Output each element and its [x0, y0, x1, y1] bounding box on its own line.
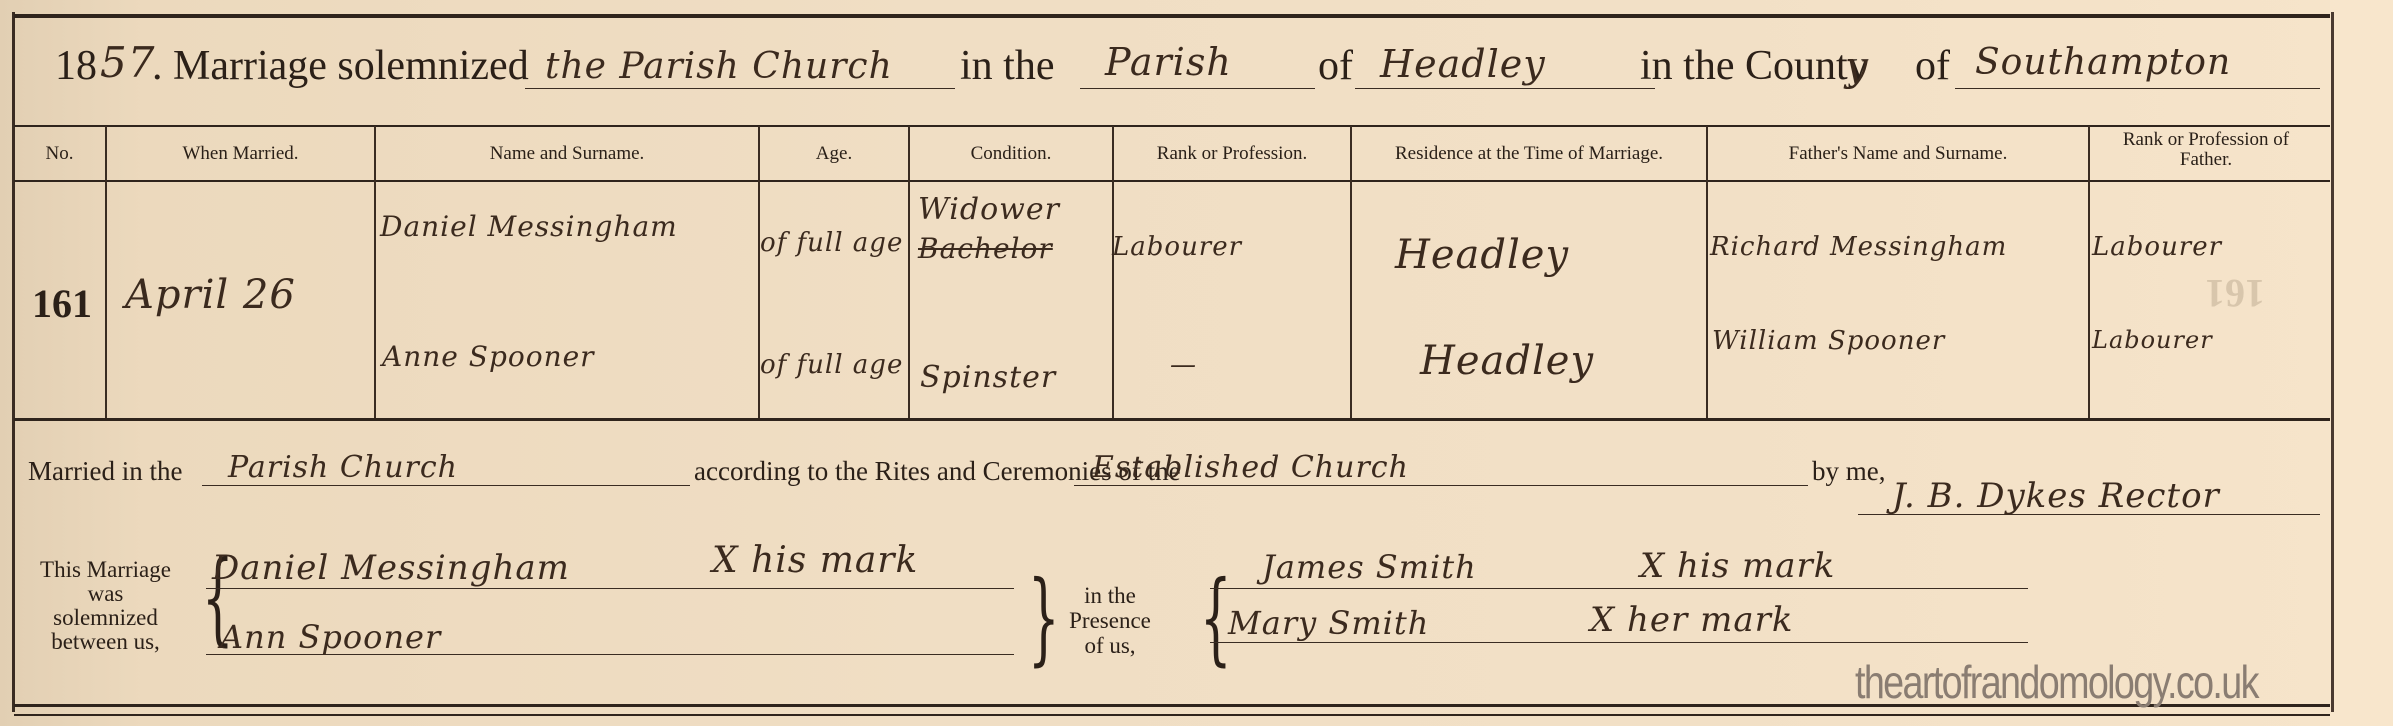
- rites-value: Established Church: [1092, 450, 1409, 485]
- bride-father-profession: Labourer: [2092, 326, 2213, 354]
- bride-condition: Spinster: [920, 360, 1056, 395]
- footer-double-rule: [14, 714, 2330, 716]
- col-header-father-name: Father's Name and Surname.: [1708, 144, 2088, 164]
- top-rule: [14, 14, 2330, 18]
- officiant-signature: J. B. Dykes Rector: [1892, 476, 2220, 516]
- county-mark: y: [1845, 44, 1869, 90]
- witness-2-signature: Mary Smith: [1228, 604, 1429, 642]
- watermark: theartofrandomology.co.uk: [1855, 655, 2258, 709]
- col-rule: [908, 126, 910, 418]
- col-header-age: Age.: [760, 144, 908, 164]
- label-in-the: in the: [960, 42, 1054, 90]
- place-value: the Parish Church: [545, 46, 893, 87]
- witness-brace: {: [1200, 568, 1232, 668]
- page-margin: [2330, 0, 2393, 726]
- witness-1-signature: James Smith: [1262, 548, 1477, 586]
- col-header-father-rank: Rank or Profession of Father.: [2096, 130, 2316, 170]
- col-header-condition: Condition.: [910, 144, 1112, 164]
- label-of: of: [1318, 42, 1353, 90]
- when-married: April 26: [125, 272, 296, 318]
- header-bottom-rule: [14, 180, 2330, 182]
- col-rule: [2088, 126, 2090, 418]
- col-header-when-married: When Married.: [107, 144, 374, 164]
- table-bottom-rule: [14, 418, 2330, 421]
- label-marriage-solemnized: . Marriage solemnized: [152, 42, 529, 90]
- label-married-in: Married in the: [28, 456, 182, 487]
- witness-1-mark: X his mark: [1640, 546, 1835, 586]
- label-in-presence: in the Presence of us,: [1055, 583, 1165, 658]
- label-by-me: by me,: [1812, 456, 1886, 487]
- col-header-name: Name and Surname.: [376, 144, 758, 164]
- bride-father-name: William Spooner: [1712, 326, 1945, 356]
- col-rule: [1706, 126, 1708, 418]
- witness-2-mark: X her mark: [1590, 600, 1793, 640]
- col-rule: [374, 126, 376, 418]
- county-value: Southampton: [1975, 42, 2231, 83]
- bleed-through-number: 161: [2205, 270, 2265, 317]
- groom-condition-struck: Bachelor: [918, 232, 1053, 265]
- groom-residence: Headley: [1395, 232, 1569, 278]
- groom-condition: Widower: [918, 192, 1060, 227]
- party-2-signature: Ann Spooner: [220, 618, 441, 656]
- col-rule: [105, 126, 107, 418]
- col-rule: [1112, 126, 1114, 418]
- groom-name: Daniel Messingham: [380, 210, 678, 243]
- party-1-mark: X his mark: [712, 540, 918, 581]
- district-value: Headley: [1380, 42, 1546, 86]
- bride-name: Anne Spooner: [382, 340, 595, 373]
- col-header-residence: Residence at the Time of Marriage.: [1352, 144, 1706, 164]
- col-header-no: No.: [14, 144, 105, 164]
- year-prefix: 18: [55, 42, 97, 90]
- label-solemnized-between: This Marriage was solemnized between us,: [18, 558, 193, 654]
- bride-profession: —: [1170, 350, 1197, 380]
- groom-profession: Labourer: [1112, 232, 1242, 262]
- groom-father-name: Richard Messingham: [1710, 232, 2007, 262]
- col-rule: [1350, 126, 1352, 418]
- bride-residence: Headley: [1420, 338, 1594, 384]
- year-suffix: 57: [100, 38, 155, 87]
- label-in-the-county: in the County: [1640, 42, 1869, 90]
- label-of-county: of: [1915, 42, 1950, 90]
- groom-age: of full age: [760, 228, 903, 258]
- party-1-signature: Daniel Messingham: [212, 548, 570, 588]
- district-type-value: Parish: [1105, 40, 1232, 84]
- groom-father-profession: Labourer: [2092, 232, 2222, 262]
- married-in-value: Parish Church: [228, 450, 458, 485]
- entry-number: 161: [32, 280, 92, 327]
- bride-age: of full age: [760, 350, 903, 380]
- col-header-rank: Rank or Profession.: [1114, 144, 1350, 164]
- title-bottom-rule: [14, 125, 2330, 127]
